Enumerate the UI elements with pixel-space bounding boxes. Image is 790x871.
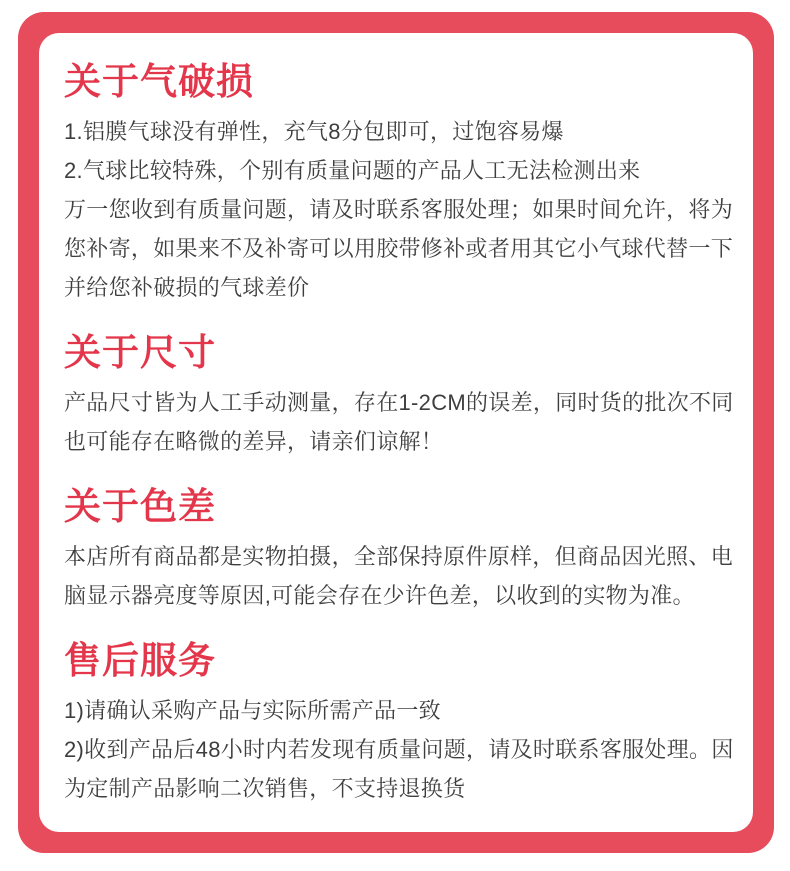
paragraph-line: 万一您收到有质量问题，请及时联系客服处理；如果时间允许，将为 [64, 190, 729, 229]
paragraph-line: 也可能存在略微的差异，请亲们谅解！ [64, 422, 729, 461]
paragraph-line: 并给您补破损的气球差价 [64, 268, 729, 307]
red-border-frame: 关于气破损 1.铝膜气球没有弹性，充气8分包即可，过饱容易爆 2.气球比较特殊，… [18, 12, 774, 853]
section-heading-color-difference: 关于色差 [64, 488, 729, 525]
paragraph-line: 为定制产品影响二次销售，不支持退换货 [64, 769, 729, 808]
section-size: 关于尺寸 产品尺寸皆为人工手动测量，存在1-2CM的误差，同时货的批次不同 也可… [64, 334, 729, 461]
paragraph-line: 1)请确认采购产品与实际所需产品一致 [64, 691, 729, 730]
paragraph-line: 您补寄，如果来不及补寄可以用胶带修补或者用其它小气球代替一下 [64, 229, 729, 268]
paragraph-line: 脑显示器亮度等原因,可能会存在少许色差，以收到的实物为准。 [64, 576, 729, 615]
notice-card: 关于气破损 1.铝膜气球没有弹性，充气8分包即可，过饱容易爆 2.气球比较特殊，… [39, 33, 753, 832]
section-balloon-damage: 关于气破损 1.铝膜气球没有弹性，充气8分包即可，过饱容易爆 2.气球比较特殊，… [64, 63, 729, 307]
paragraph-line: 1.铝膜气球没有弹性，充气8分包即可，过饱容易爆 [64, 112, 729, 151]
paragraph-line: 本店所有商品都是实物拍摄，全部保持原件原样，但商品因光照、电 [64, 537, 729, 576]
section-after-sales: 售后服务 1)请确认采购产品与实际所需产品一致 2)收到产品后48小时内若发现有… [64, 642, 729, 808]
section-color-difference: 关于色差 本店所有商品都是实物拍摄，全部保持原件原样，但商品因光照、电 脑显示器… [64, 488, 729, 615]
section-heading-balloon-damage: 关于气破损 [64, 63, 729, 100]
paragraph-line: 2)收到产品后48小时内若发现有质量问题，请及时联系客服处理。因 [64, 730, 729, 769]
paragraph-line: 2.气球比较特殊，个别有质量问题的产品人工无法检测出来 [64, 151, 729, 190]
section-heading-after-sales: 售后服务 [64, 642, 729, 679]
paragraph-line: 产品尺寸皆为人工手动测量，存在1-2CM的误差，同时货的批次不同 [64, 383, 729, 422]
product-notice-page: 关于气破损 1.铝膜气球没有弹性，充气8分包即可，过饱容易爆 2.气球比较特殊，… [0, 0, 790, 871]
section-heading-size: 关于尺寸 [64, 334, 729, 371]
